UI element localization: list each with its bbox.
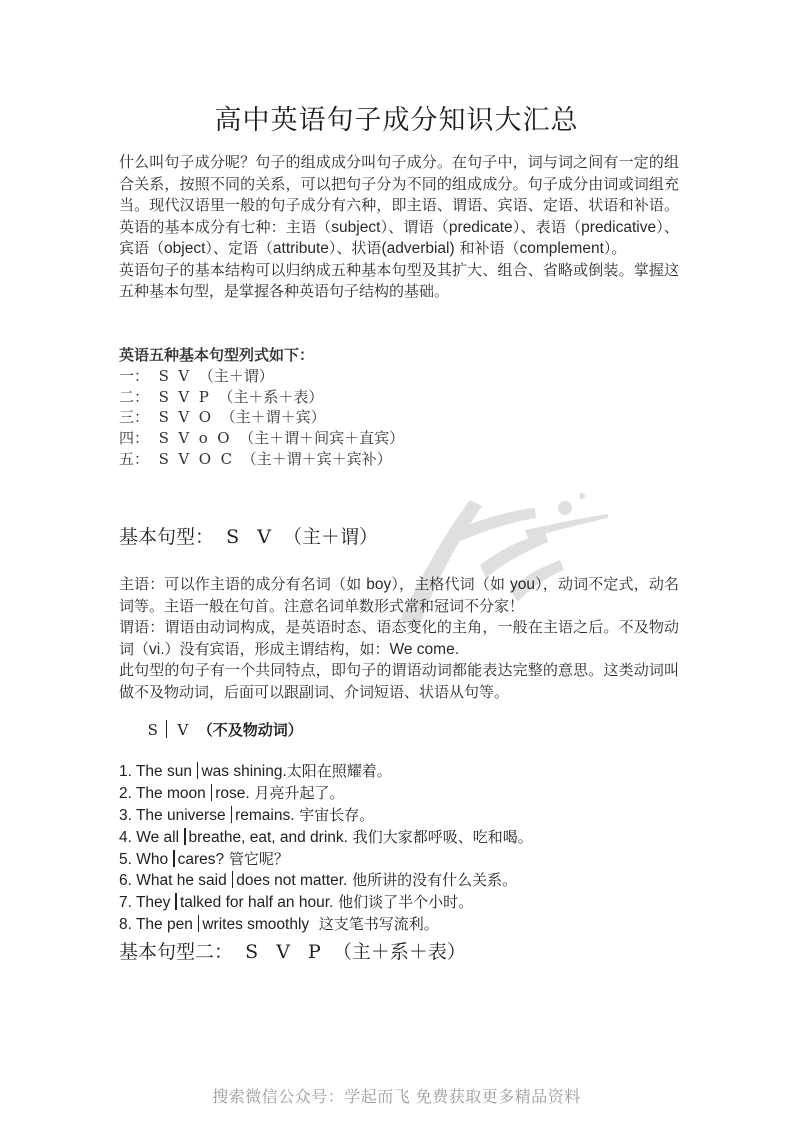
english-term: We come. [390, 641, 460, 658]
pattern-number: 一： [119, 367, 149, 385]
example-translation: 太阳在照耀着。 [287, 762, 392, 780]
patterns-heading: 英语五种基本句型列式如下： [119, 345, 404, 366]
pattern-number: 二： [119, 388, 149, 406]
example-subject: The sun [136, 763, 192, 780]
divider-bar [211, 784, 213, 801]
example-translation: 月亮升起了。 [250, 784, 345, 802]
page-title: 高中英语句子成分知识大汇总 [0, 98, 793, 137]
intro-paragraph-1: 什么叫句子成分呢？句子的组成成分叫句子成分。在句子中，词与词之间有一定的组合关系… [119, 152, 679, 260]
english-term: predicate [449, 219, 513, 236]
pattern-item: 二： S V P （主＋系＋表） [119, 387, 404, 408]
intro-paragraph: 什么叫句子成分呢？句子的组成成分叫句子成分。在句子中，词与词之间有一定的组合关系… [119, 152, 679, 303]
example-sentence: 4. We allbreathe, eat, and drink. 我们大家都呼… [119, 827, 533, 849]
subject-note: 主语：可以作主语的成分有名词（如 boy），主格代词（如 you），动词不定式，… [119, 574, 679, 617]
example-number: 1. [119, 763, 132, 780]
text-segment: 主语：可以作主语的成分有名词（如 [119, 575, 366, 593]
example-subject: The pen [136, 916, 193, 933]
example-translation: 这支笔书写流利。 [309, 915, 439, 933]
example-subject: Who [136, 851, 168, 868]
example-subject: What he said [136, 872, 226, 889]
pattern-formula: S V O C [159, 450, 233, 468]
example-translation: 他所讲的没有什么关系。 [347, 871, 517, 889]
pattern-formula: S V P [159, 388, 209, 406]
english-term: complement [519, 240, 603, 257]
pattern-description: （主＋谓） [199, 367, 274, 385]
pattern-formula: S V o O [159, 429, 230, 447]
example-subject: They [136, 894, 170, 911]
example-predicate: rose. [215, 785, 249, 802]
example-number: 7. [119, 894, 132, 911]
pattern-description: （主＋谓＋宾＋宾补） [242, 450, 392, 468]
divider-bar [175, 893, 177, 910]
text-segment: ）没有宾语，形成主谓结构，如： [165, 640, 390, 658]
intro-paragraph-2: 英语句子的基本结构可以归纳成五种基本句型及其扩大、组合、省略或倒装。掌握这五种基… [119, 260, 679, 303]
example-subject: The universe [136, 807, 226, 824]
example-sentence: 7. Theytalked for half an hour. 他们谈了半个小时… [119, 892, 533, 914]
example-sentence: 1. The sunwas shining.太阳在照耀着。 [119, 761, 533, 783]
pattern-description: （主＋谓＋间宾＋直宾） [239, 429, 404, 447]
example-sentence: 2. The moonrose. 月亮升起了。 [119, 783, 533, 805]
english-term: vi. [149, 641, 165, 658]
section1-examples: SV （不及物动词） 1. The sunwas shining.太阳在照耀着。… [119, 699, 533, 936]
divider-bar [232, 871, 234, 888]
pattern-item: 四： S V o O （主＋谓＋间宾＋直宾） [119, 428, 404, 449]
text-segment: ）、定语（ [205, 239, 273, 257]
pattern-description: （主＋谓＋宾） [221, 408, 326, 426]
english-term: predicative [581, 219, 656, 236]
predicate-note: 谓语：谓语由动词构成，是英语时态、语态变化的主角，一般在主语之后。不及物动词（v… [119, 617, 679, 660]
sv-structure: SV （不及物动词） [119, 699, 533, 761]
example-subject: We all [136, 829, 179, 846]
divider-bar [197, 762, 199, 779]
english-term: subject [331, 219, 380, 236]
structure-note: （不及物动词） [198, 721, 303, 739]
example-predicate: remains. [235, 807, 294, 824]
example-predicate: does not matter. [236, 872, 347, 889]
example-number: 4. [119, 829, 132, 846]
pattern-formula: S V O [159, 408, 211, 426]
example-subject: The moon [136, 785, 206, 802]
pattern-item: 五： S V O C （主＋谓＋宾＋宾补） [119, 449, 404, 470]
divider-bar [173, 850, 175, 867]
example-sentence: 8. The penwrites smoothly 这支笔书写流利。 [119, 914, 533, 936]
example-sentence: 5. Whocares? 管它呢？ [119, 849, 533, 871]
text-segment: 和补语（ [455, 239, 520, 257]
english-term: boy [366, 576, 391, 593]
divider-bar [184, 828, 186, 845]
section1-explanation: 此句型的句子有一个共同特点，即句子的谓语动词都能表达完整的意思。这类动词叫做不及… [119, 660, 679, 703]
divider-bar [198, 915, 200, 932]
english-term: object [164, 240, 205, 257]
pattern-number: 五： [119, 450, 149, 468]
example-number: 5. [119, 851, 132, 868]
five-patterns-list: 英语五种基本句型列式如下： 一： S V （主＋谓）二： S V P （主＋系＋… [119, 345, 404, 470]
example-translation: 管它呢？ [224, 850, 289, 868]
section2-heading: 基本句型二： S V P （主＋系＋表） [119, 937, 466, 964]
example-number: 6. [119, 872, 132, 889]
example-translation: 宇宙长存。 [295, 806, 375, 824]
example-number: 8. [119, 916, 132, 933]
example-predicate: breathe, eat, and drink. [189, 829, 348, 846]
example-predicate: talked for half an hour. [180, 894, 333, 911]
section1-notes: 主语：可以作主语的成分有名词（如 boy），主格代词（如 you），动词不定式，… [119, 574, 679, 703]
pattern-item: 三： S V O （主＋谓＋宾） [119, 407, 404, 428]
pattern-description: （主＋系＋表） [218, 388, 323, 406]
text-segment: ）、谓语（ [380, 218, 448, 236]
section1-heading: 基本句型： S V （主＋谓） [119, 522, 378, 549]
example-predicate: was shining. [201, 763, 286, 780]
text-segment: ）。 [604, 239, 627, 257]
example-predicate: cares? [178, 851, 225, 868]
text-segment: ）、状语 [329, 239, 382, 257]
footer-note: 搜索微信公众号：学起而飞 免费获取更多精品资料 [0, 1084, 793, 1107]
structure-s: S [148, 721, 158, 739]
pattern-formula: S V [159, 367, 190, 385]
english-term: attribute [273, 240, 329, 257]
example-number: 3. [119, 807, 132, 824]
pattern-number: 四： [119, 429, 149, 447]
text-segment: ）、表语（ [513, 218, 581, 236]
example-sentence: 6. What he saiddoes not matter. 他所讲的没有什么… [119, 870, 533, 892]
english-term: (adverbial) [381, 240, 454, 257]
example-translation: 我们大家都呼吸、吃和喝。 [348, 828, 533, 846]
english-term: you [510, 576, 535, 593]
example-translation: 他们谈了半个小时。 [333, 893, 473, 911]
divider-bar [231, 806, 233, 823]
document-page: 高中英语句子成分知识大汇总 什么叫句子成分呢？句子的组成成分叫句子成分。在句子中… [0, 0, 793, 1122]
example-sentence: 3. The universeremains. 宇宙长存。 [119, 805, 533, 827]
pattern-number: 三： [119, 408, 149, 426]
divider-bar [166, 720, 168, 738]
pattern-item: 一： S V （主＋谓） [119, 366, 404, 387]
example-number: 2. [119, 785, 132, 802]
example-predicate: writes smoothly [202, 916, 309, 933]
structure-v: V [177, 721, 188, 739]
text-segment: ），主格代词（如 [391, 575, 510, 593]
